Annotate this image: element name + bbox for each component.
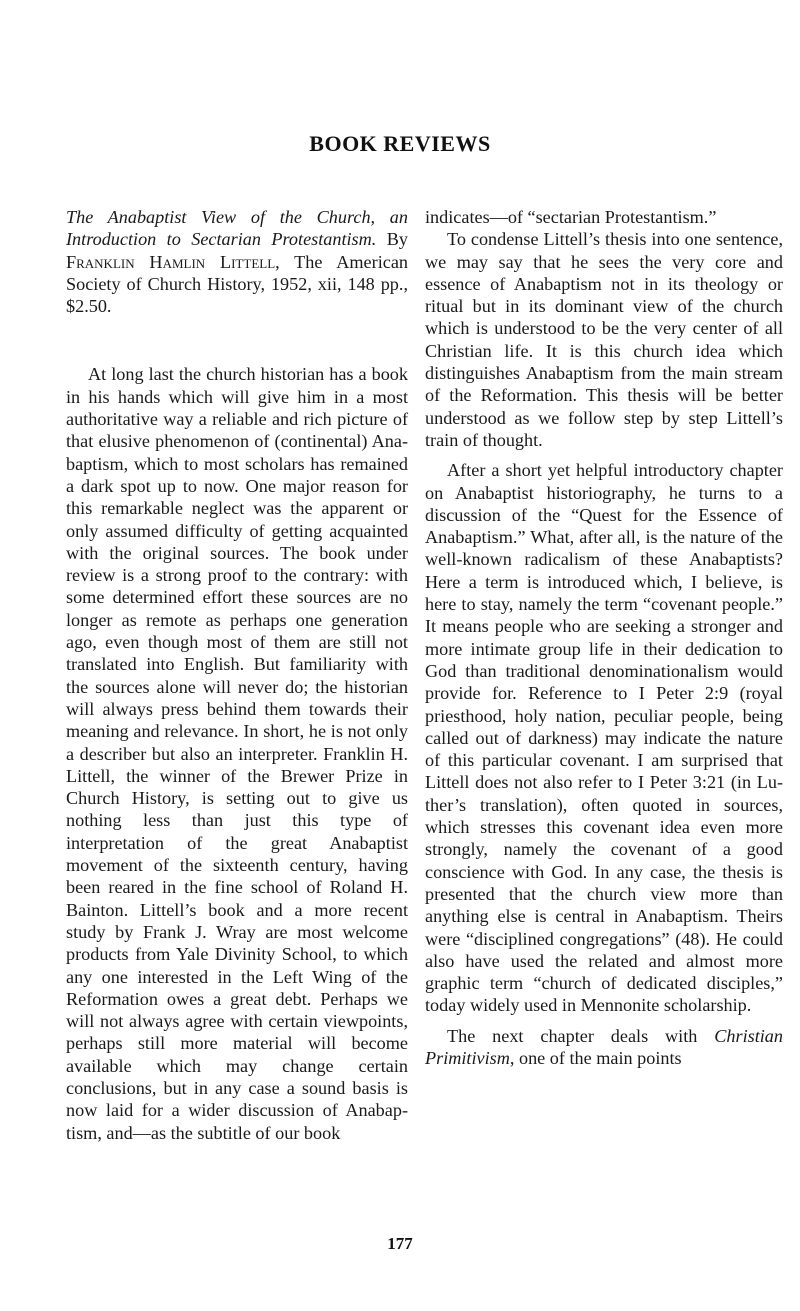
page-number: 177 [0, 1234, 800, 1254]
body-paragraph-final: The next chapter deals with Chris­tian P… [425, 1025, 783, 1070]
body-paragraph: To condense Littell’s thesis into one se… [425, 228, 783, 451]
citation-by: By [376, 229, 408, 249]
right-column: indicates—of “sectarian Protestant­ism.”… [425, 206, 783, 1069]
continued-paragraph: indicates—of “sectarian Protestant­ism.” [425, 206, 783, 228]
paragraph-tail: , one of the main points [510, 1048, 682, 1068]
body-paragraph: After a short yet helpful introduc­tory … [425, 459, 783, 1016]
page-title: BOOK REVIEWS [0, 131, 800, 157]
body-paragraph: At long last the church historian has a … [66, 363, 408, 1143]
book-citation: The Anabaptist View of the Church, an In… [66, 206, 408, 317]
book-author: Franklin Hamlin Littell [66, 252, 275, 272]
left-column: The Anabaptist View of the Church, an In… [66, 206, 408, 1144]
book-title: The Anabaptist View of the Church, an In… [66, 207, 408, 249]
paragraph-lead: The next chapter deals with [447, 1026, 714, 1046]
